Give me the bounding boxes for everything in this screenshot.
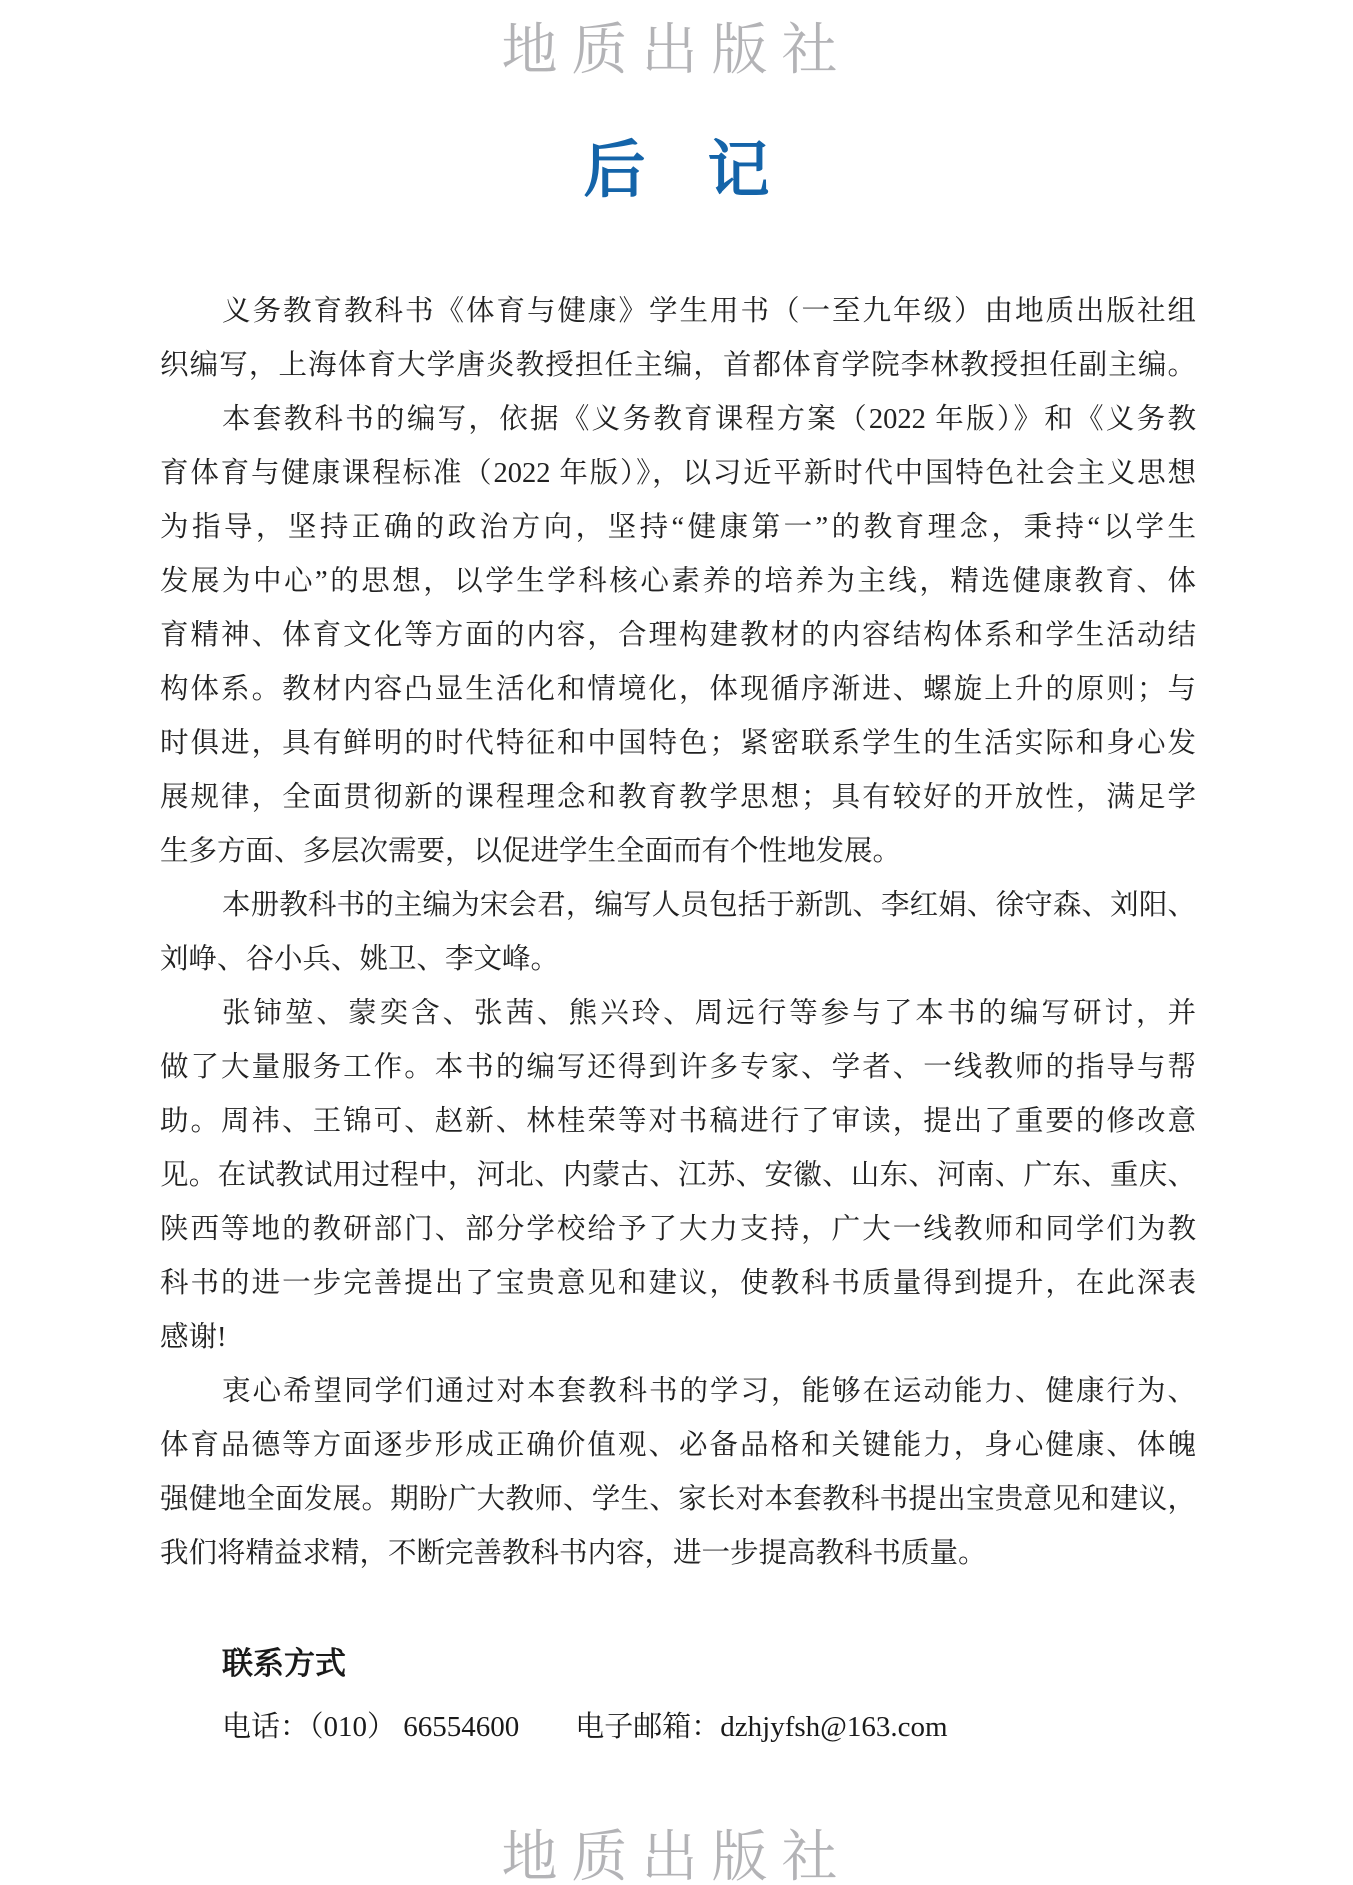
body-line: 发展为中心”的思想，以学生学科核心素养的培养为主线，精选健康教育、体 xyxy=(160,555,1196,609)
paragraph: 本册教科书的主编为宋会君，编写人员包括于新凯、李红娟、徐守森、刘阳、刘峥、谷小兵… xyxy=(160,879,1196,987)
body-line: 育精神、体育文化等方面的内容，合理构建教材的内容结构体系和学生活动结 xyxy=(160,609,1196,663)
body-line: 强健地全面发展。期盼广大教师、学生、家长对本套教科书提出宝贵意见和建议， xyxy=(160,1473,1196,1527)
body-line: 本套教科书的编写，依据《义务教育课程方案（2022 年版）》和《义务教 xyxy=(160,393,1196,447)
publisher-watermark-top: 地质出版社 xyxy=(0,6,1353,86)
body-line: 时俱进，具有鲜明的时代特征和中国特色；紧密联系学生的生活实际和身心发 xyxy=(160,717,1196,771)
paragraph: 衷心希望同学们通过对本套教科书的学习，能够在运动能力、健康行为、体育品德等方面逐… xyxy=(160,1365,1196,1581)
body-line: 义务教育教科书《体育与健康》学生用书（一至九年级）由地质出版社组 xyxy=(160,285,1196,339)
body-line: 我们将精益求精，不断完善教科书内容，进一步提高教科书质量。 xyxy=(160,1527,1196,1581)
body-line: 本册教科书的主编为宋会君，编写人员包括于新凯、李红娟、徐守森、刘阳、 xyxy=(160,879,1196,933)
contact-section: 联系方式 电话：（010） 66554600电子邮箱：dzhjyfsh@163.… xyxy=(222,1638,346,1683)
body-line: 体育品德等方面逐步形成正确价值观、必备品格和关键能力，身心健康、体魄 xyxy=(160,1419,1196,1473)
phone-label: 电话： xyxy=(222,1711,309,1743)
body-line: 助。周祎、王锦可、赵新、林桂荣等对书稿进行了审读，提出了重要的修改意 xyxy=(160,1095,1196,1149)
body-line: 织编写，上海体育大学唐炎教授担任主编，首都体育学院李林教授担任副主编。 xyxy=(160,339,1196,393)
body-line: 张铈堃、蒙奕含、张茜、熊兴玲、周远行等参与了本书的编写研讨，并 xyxy=(160,987,1196,1041)
contact-heading: 联系方式 xyxy=(222,1638,346,1683)
body-line: 育体育与健康课程标准（2022 年版）》，以习近平新时代中国特色社会主义思想 xyxy=(160,447,1196,501)
body-line: 刘峥、谷小兵、姚卫、李文峰。 xyxy=(160,933,1196,987)
body-line: 构体系。教材内容凸显生活化和情境化，体现循序渐进、螺旋上升的原则；与 xyxy=(160,663,1196,717)
body-line: 科书的进一步完善提出了宝贵意见和建议，使教科书质量得到提升，在此深表 xyxy=(160,1257,1196,1311)
phone-value: （010） 66554600 xyxy=(309,1711,519,1743)
body-line: 生多方面、多层次需要，以促进学生全面而有个性地发展。 xyxy=(160,825,1196,879)
email-value: dzhjyfsh@163.com xyxy=(720,1711,947,1743)
body-paragraphs: 义务教育教科书《体育与健康》学生用书（一至九年级）由地质出版社组织编写，上海体育… xyxy=(160,285,1196,1581)
contact-line: 电话：（010） 66554600电子邮箱：dzhjyfsh@163.com xyxy=(222,1704,948,1745)
body-line: 见。在试教试用过程中，河北、内蒙古、江苏、安徽、山东、河南、广东、重庆、 xyxy=(160,1149,1196,1203)
body-line: 感谢! xyxy=(160,1311,1196,1365)
body-line: 做了大量服务工作。本书的编写还得到许多专家、学者、一线教师的指导与帮 xyxy=(160,1041,1196,1095)
body-line: 展规律，全面贯彻新的课程理念和教育教学思想；具有较好的开放性，满足学 xyxy=(160,771,1196,825)
body-line: 为指导，坚持正确的政治方向，坚持“健康第一”的教育理念，秉持“以学生 xyxy=(160,501,1196,555)
email-label: 电子邮箱： xyxy=(575,1711,720,1743)
publisher-watermark-bottom: 地质出版社 xyxy=(0,1813,1353,1885)
body-line: 陕西等地的教研部门、部分学校给予了大力支持，广大一线教师和同学们为教 xyxy=(160,1203,1196,1257)
paragraph: 义务教育教科书《体育与健康》学生用书（一至九年级）由地质出版社组织编写，上海体育… xyxy=(160,285,1196,393)
paragraph: 张铈堃、蒙奕含、张茜、熊兴玲、周远行等参与了本书的编写研讨，并做了大量服务工作。… xyxy=(160,987,1196,1365)
paragraph: 本套教科书的编写，依据《义务教育课程方案（2022 年版）》和《义务教育体育与健… xyxy=(160,393,1196,879)
page-title: 后 记 xyxy=(0,120,1353,209)
body-line: 衷心希望同学们通过对本套教科书的学习，能够在运动能力、健康行为、 xyxy=(160,1365,1196,1419)
